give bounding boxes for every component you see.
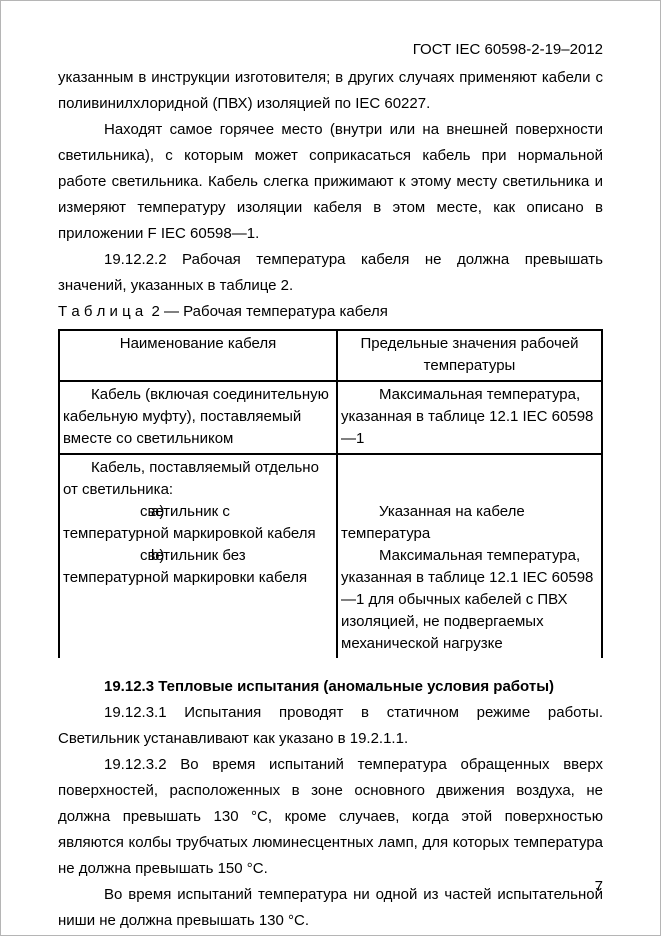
item-a-text: светильник с температурной маркировкой к… [63, 503, 316, 542]
cable-temperature-table: Наименование кабеля Предельные значения … [58, 329, 603, 658]
row2-item-a-value: Указанная на кабеле температура [341, 501, 598, 545]
item-b-label: b) [107, 545, 140, 567]
row2-item-b: b)светильник без температурной маркировк… [63, 545, 333, 589]
row2-value-spacer [341, 457, 598, 501]
paragraph-19-12-2-2: 19.12.2.2 Рабочая температура кабеля не … [58, 247, 603, 299]
row2-item-b-value: Максимальная температура, указанная в та… [341, 545, 598, 655]
standard-number: ГОСТ IEC 60598-2-19–2012 [413, 41, 603, 58]
section-heading-19-12-3: 19.12.3 Тепловые испытания (аномальные у… [58, 674, 603, 700]
paragraph-19-12-3-2: 19.12.3.2 Во время испытаний температура… [58, 752, 603, 882]
row2-item-a: a)светильник с температурной маркировкой… [63, 501, 333, 545]
paragraph-hot-spot: Находят самое горячее место (внутри или … [58, 117, 603, 247]
paragraph-continuation: указанным в инструкции изготовителя; в д… [58, 65, 603, 117]
table-row-cable-supplied-with-luminaire: Кабель (включая соединительную кабельную… [60, 382, 601, 455]
table-caption: Т а б л и ц а 2 — Рабочая температура ка… [58, 299, 603, 325]
document-header: ГОСТ IEC 60598-2-19–2012 [58, 37, 603, 63]
item-a-label: a) [107, 501, 140, 523]
table-header-row: Наименование кабеля Предельные значения … [60, 331, 601, 382]
column-header-cable-name: Наименование кабеля [60, 331, 338, 380]
document-content: указанным в инструкции изготовителя; в д… [58, 65, 603, 934]
paragraph-19-12-3-1: 19.12.3.1 Испытания проводят в статичном… [58, 700, 603, 752]
row1-cable-name: Кабель (включая соединительную кабельную… [63, 384, 333, 450]
paragraph-test-niche: Во время испытаний температура ни одной … [58, 882, 603, 934]
page-number: 7 [595, 878, 603, 895]
row1-temperature-limit: Максимальная температура, указанная в та… [341, 384, 598, 450]
item-b-text: светильник без температурной маркировки … [63, 547, 307, 586]
column-header-temperature-limits: Предельные значения рабочей температуры [338, 331, 601, 380]
document-page: ГОСТ IEC 60598-2-19–2012 указанным в инс… [0, 0, 661, 936]
table-row-cable-supplied-separately: Кабель, поставляемый отдельно от светиль… [60, 455, 601, 658]
row2-intro: Кабель, поставляемый отдельно от светиль… [63, 457, 333, 501]
